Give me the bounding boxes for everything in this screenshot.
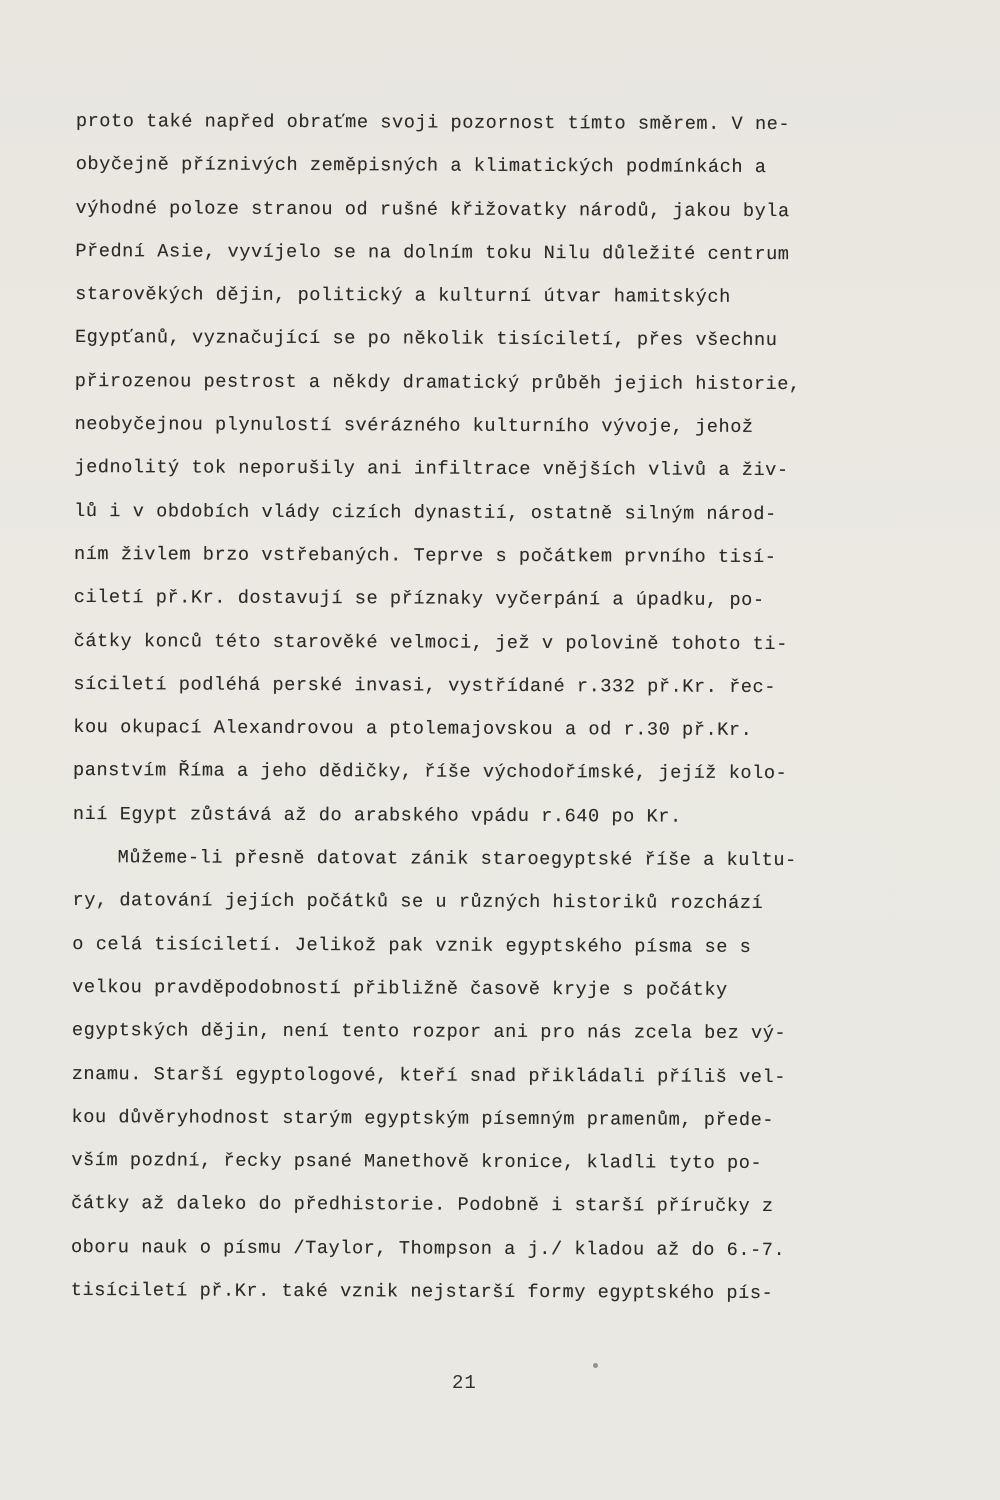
text-line: síciletí podléhá perské invasi, vystřída… (73, 663, 893, 710)
text-line: starověkých dějin, politický a kulturní … (75, 273, 895, 320)
paragraph: Můžeme-li přesně datovat zánik staroegyp… (71, 836, 893, 1316)
text-line: ry, datování jejích počátků se u různých… (72, 879, 892, 926)
text-line: Přední Asie, vyvíjelo se na dolním toku … (75, 230, 895, 277)
text-line: tisíciletí př.Kr. také vznik nejstarší f… (71, 1269, 891, 1316)
text-line: egyptských dějin, není tento rozpor ani … (72, 1009, 892, 1056)
document-page: proto také napřed obraťme svoji pozornos… (0, 0, 1000, 1500)
text-line: jednolitý tok neporušily ani infiltrace … (74, 446, 894, 493)
paper-speck (593, 1363, 598, 1368)
text-line: vším pozdní, řecky psané Manethově kroni… (71, 1139, 891, 1186)
text-line: znamu. Starší egyptologové, kteří snad p… (72, 1053, 892, 1100)
text-line: výhodné poloze stranou od rušné křižovat… (75, 187, 895, 234)
text-line: ním živlem brzo vstřebaných. Teprve s po… (74, 533, 894, 580)
text-line: panstvím Říma a jeho dědičky, říše výcho… (73, 749, 893, 796)
text-line: velkou pravděpodobností přibližně časově… (72, 966, 892, 1013)
text-line: o celá tisíciletí. Jelikož pak vznik egy… (72, 923, 892, 970)
text-line: Můžeme-li přesně datovat zánik staroegyp… (73, 836, 893, 883)
text-line: oboru nauk o písmu /Taylor, Thompson a j… (71, 1226, 891, 1273)
text-line: čátky konců této starověké velmoci, jež … (74, 620, 894, 667)
text-line: kou okupací Alexandrovou a ptolemajovsko… (73, 706, 893, 753)
text-line: kou důvěryhodnost starým egyptským písem… (71, 1096, 891, 1143)
text-line: čátky až daleko do předhistorie. Podobně… (71, 1182, 891, 1229)
text-line: obyčejně příznivých zeměpisných a klimat… (76, 143, 896, 190)
text-line: ciletí př.Kr. dostavují se příznaky vyče… (74, 576, 894, 623)
text-line: nií Egypt zůstává až do arabského vpádu … (73, 793, 893, 840)
text-line: neobyčejnou plynulostí svérázného kultur… (74, 403, 894, 450)
body-text: proto také napřed obraťme svoji pozornos… (71, 100, 896, 1316)
text-line: proto také napřed obraťme svoji pozornos… (76, 100, 896, 147)
text-line: přirozenou pestrost a někdy dramatický p… (75, 360, 895, 407)
page-number: 21 (452, 1372, 477, 1394)
text-line: Egypťanů, vyznačující se po několik tisí… (75, 316, 895, 363)
text-line: lů i v obdobích vlády cizích dynastií, o… (74, 490, 894, 537)
paragraph: proto také napřed obraťme svoji pozornos… (73, 100, 896, 840)
